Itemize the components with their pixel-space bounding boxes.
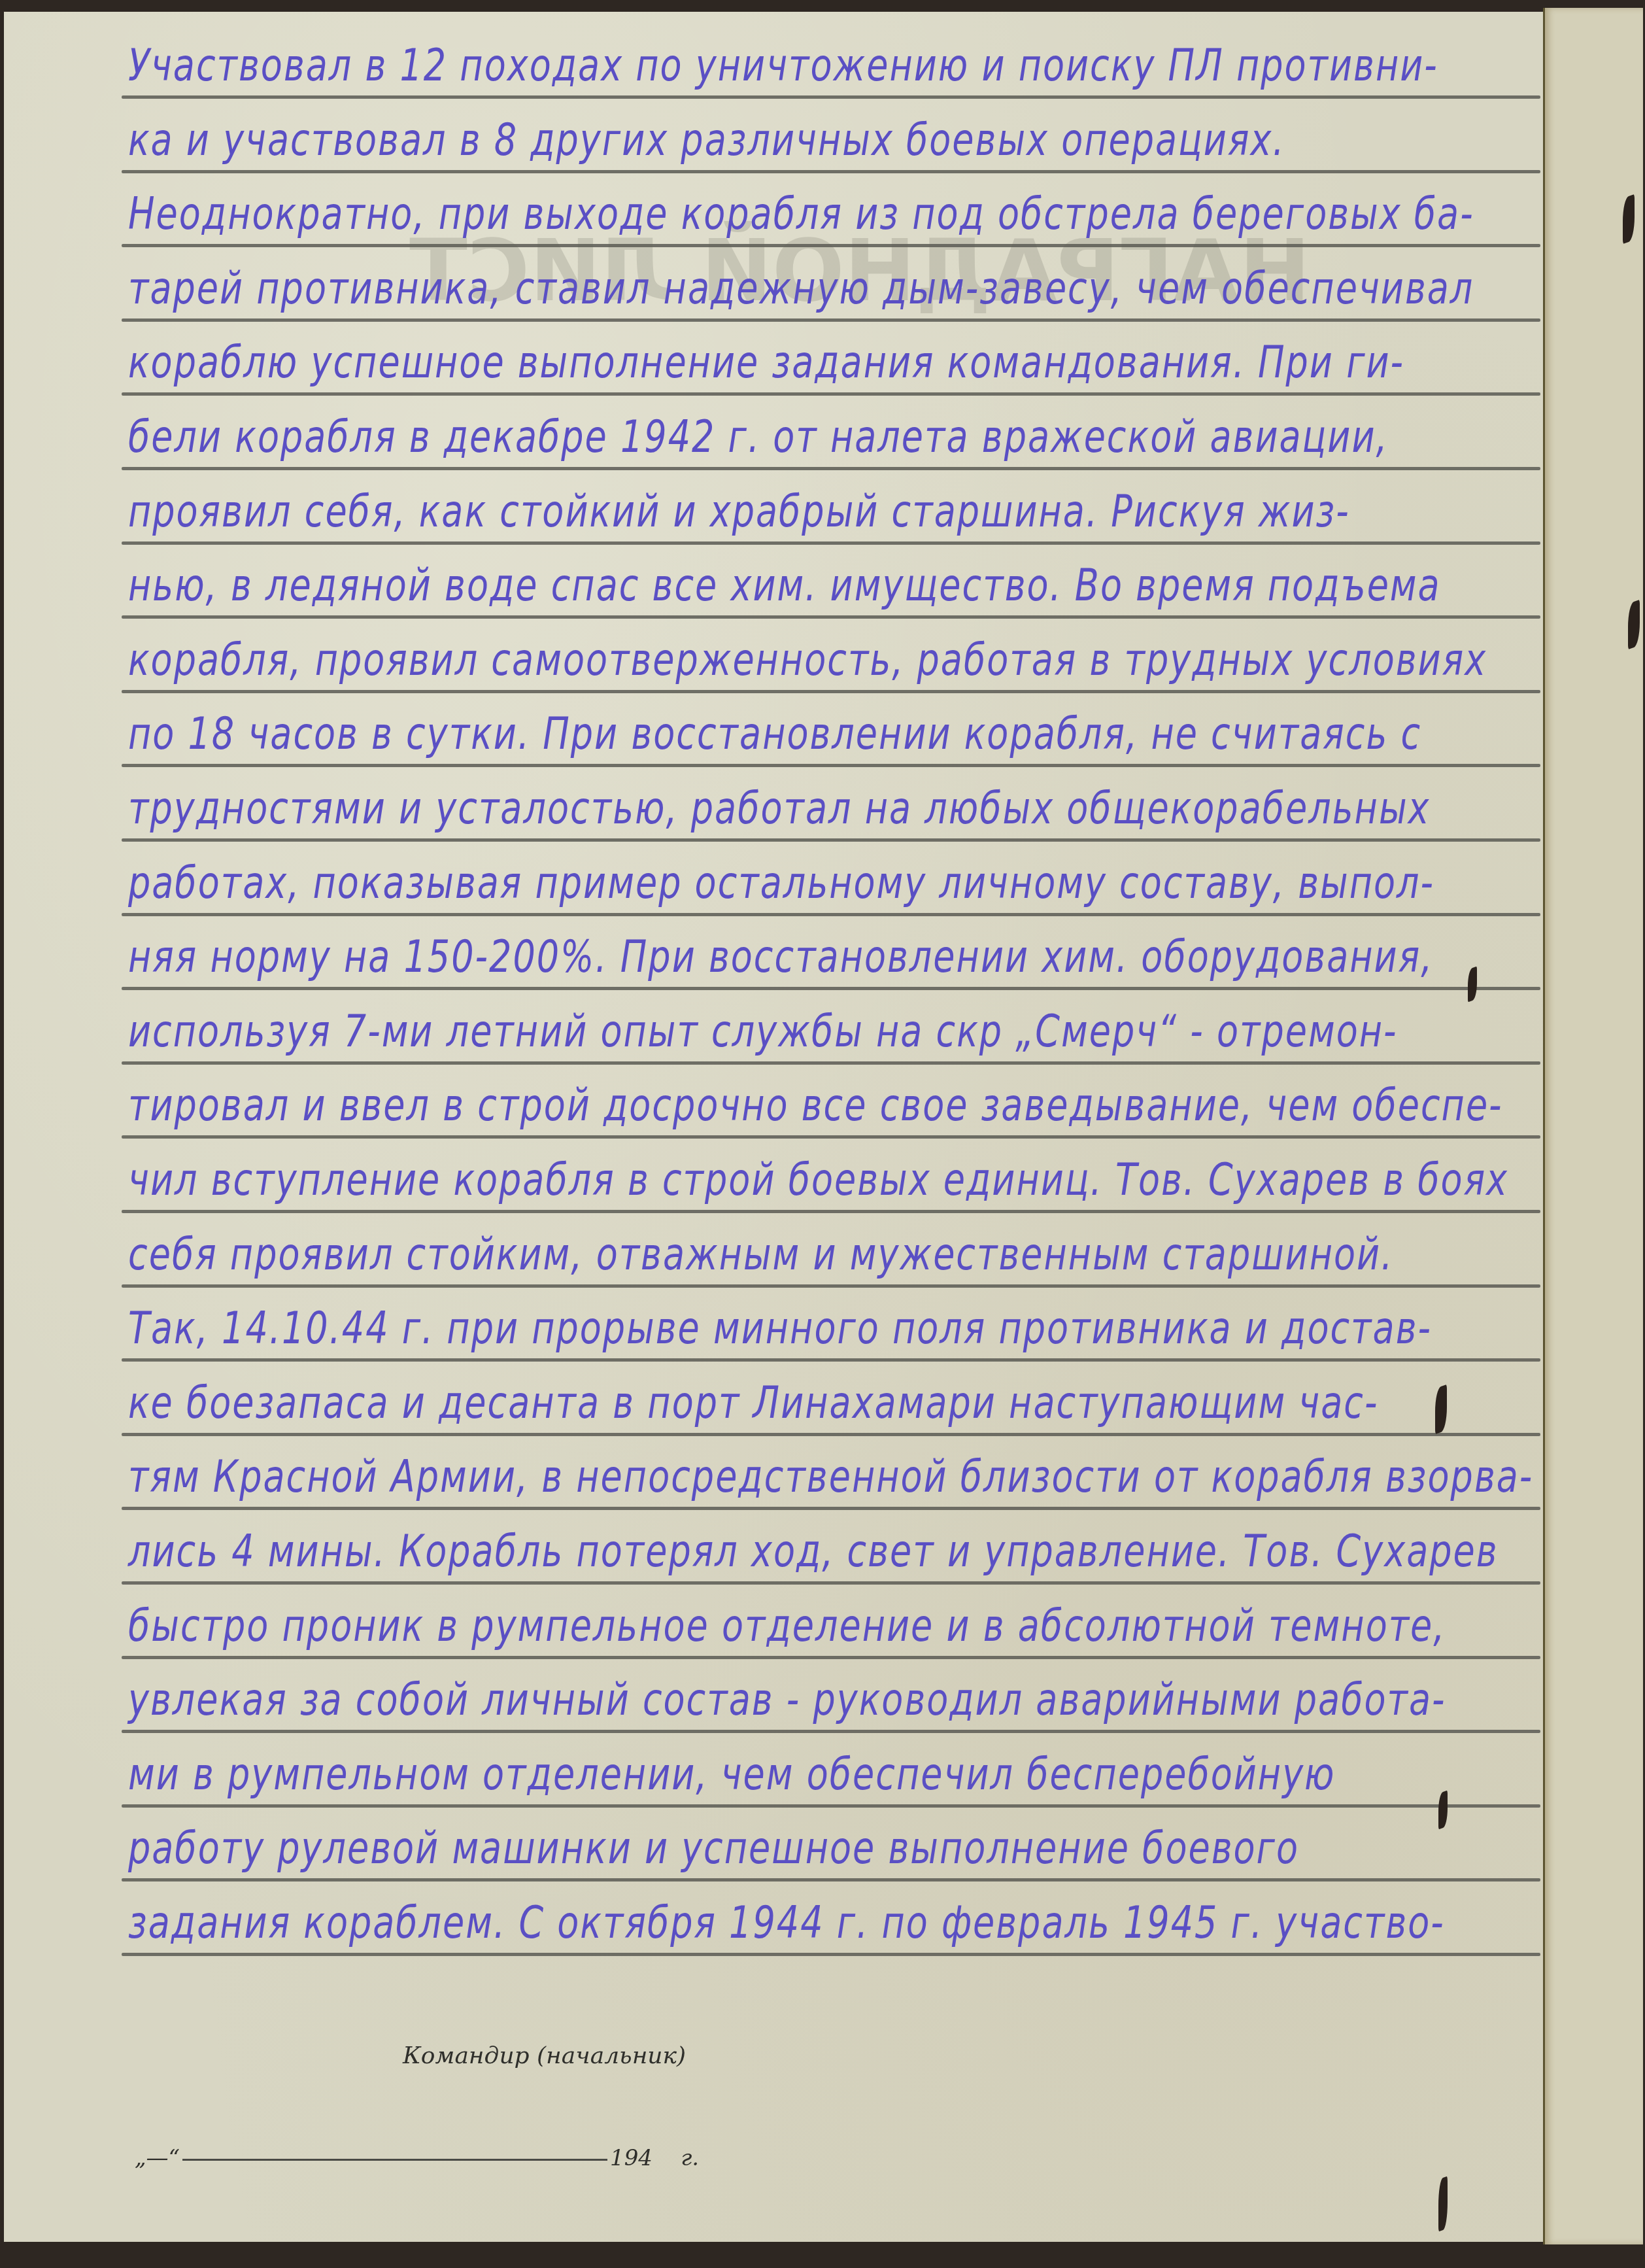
handwritten-line: бели корабля в декабре 1942 г. от налета…	[128, 415, 1540, 460]
date-suffix: г.	[681, 2145, 699, 2171]
ruled-line	[122, 1878, 1540, 1881]
ruled-line	[122, 1210, 1540, 1213]
ruled-line	[122, 1656, 1540, 1659]
handwritten-line: работах, показывая пример остальному лич…	[128, 861, 1540, 905]
date-prefix: „—“	[135, 2145, 180, 2171]
ruled-line	[122, 615, 1540, 619]
date-line: „—“194 г.	[135, 2145, 699, 2171]
date-year: 194	[610, 2145, 653, 2171]
binding-edge	[1543, 8, 1643, 2244]
ruled-line	[122, 1284, 1540, 1288]
ruled-line	[122, 95, 1540, 99]
handwritten-line: используя 7-ми летний опыт службы на скр…	[128, 1009, 1540, 1054]
handwritten-line: тировал и ввел в строй досрочно все свое…	[128, 1084, 1540, 1128]
handwritten-line: нью, в ледяной воде спас все хим. имущес…	[128, 564, 1540, 608]
ruled-line	[122, 1135, 1540, 1139]
handwritten-line: чил вступление корабля в строй боевых ед…	[128, 1158, 1540, 1203]
ruled-line	[122, 1061, 1540, 1065]
handwritten-line: Неоднократно, при выходе корабля из под …	[128, 192, 1540, 237]
handwritten-line: няя норму на 150-200%. При восстановлени…	[128, 935, 1540, 980]
ruled-line	[122, 913, 1540, 916]
handwritten-line: ми в румпельном отделении, чем обеспечил…	[128, 1752, 1540, 1796]
ruled-line	[122, 987, 1540, 990]
ruled-line	[122, 1433, 1540, 1436]
ruled-line	[122, 1804, 1540, 1808]
handwritten-line: проявил себя, как стойкий и храбрый стар…	[128, 489, 1540, 534]
ruled-line	[122, 392, 1540, 396]
ruled-line	[122, 1581, 1540, 1585]
handwritten-line: по 18 часов в сутки. При восстановлении …	[128, 712, 1540, 757]
ruled-line	[122, 1953, 1540, 1956]
handwritten-line: задания кораблем. С октября 1944 г. по ф…	[128, 1901, 1540, 1946]
date-blank	[182, 2159, 607, 2161]
handwritten-line: увлекая за собой личный состав - руковод…	[128, 1678, 1540, 1723]
handwritten-text-area: Участвовал в 12 походах по уничтожению и…	[4, 12, 1567, 2242]
handwritten-line: тям Красной Армии, в непосредственной бл…	[128, 1455, 1540, 1500]
handwritten-line: быстро проник в румпельное отделение и в…	[128, 1604, 1540, 1648]
handwritten-line: трудностями и усталостью, работал на люб…	[128, 787, 1540, 831]
ruled-line	[122, 318, 1540, 322]
handwritten-line: работу рулевой машинки и успешное выполн…	[128, 1827, 1540, 1871]
handwritten-line: корабля, проявил самоотверженность, рабо…	[128, 638, 1540, 682]
ruled-line	[122, 170, 1540, 173]
ruled-line	[122, 1507, 1540, 1510]
handwritten-line: кораблю успешное выполнение задания кома…	[128, 341, 1540, 385]
handwritten-line: себя проявил стойким, отважным и мужеств…	[128, 1232, 1540, 1277]
signature-label: Командир (начальник)	[403, 2042, 686, 2069]
ruled-line	[122, 1358, 1540, 1362]
ruled-line	[122, 244, 1540, 247]
document-page: НАГРАДНОЙ ЛИСТ Участвовал в 12 походах п…	[4, 12, 1567, 2242]
handwritten-line: Участвовал в 12 походах по уничтожению и…	[128, 44, 1540, 88]
ruled-line	[122, 690, 1540, 693]
ruled-line	[122, 541, 1540, 545]
ruled-line	[122, 467, 1540, 470]
handwritten-line: ка и участвовал в 8 других различных бое…	[128, 118, 1540, 162]
handwritten-line: ке боезапаса и десанта в порт Линахамари…	[128, 1381, 1540, 1425]
handwritten-line: Так, 14.10.44 г. при прорыве минного пол…	[128, 1307, 1540, 1351]
ruled-line	[122, 764, 1540, 767]
ruled-line	[122, 838, 1540, 842]
ruled-line	[122, 1730, 1540, 1733]
handwritten-line: лись 4 мины. Корабль потерял ход, свет и…	[128, 1530, 1540, 1574]
handwritten-line: тарей противника, ставил надежную дым-за…	[128, 266, 1540, 311]
